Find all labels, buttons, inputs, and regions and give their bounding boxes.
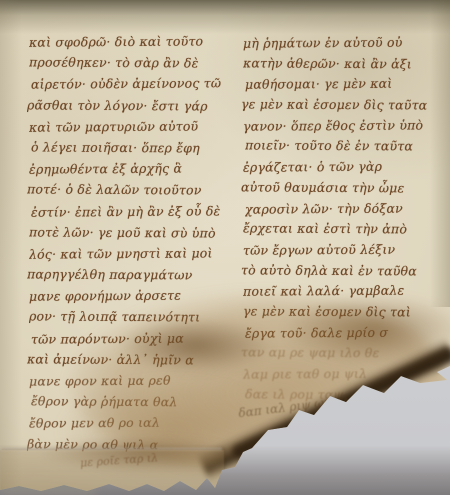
text-line: ἔρχεται καὶ ἐστὶ τὴν ἀπὸ	[243, 219, 445, 241]
page-top-shadow	[0, 0, 450, 34]
text-line: τὸ αὐτὸ δηλὰ καὶ ἐν ταῦθα	[241, 260, 445, 282]
text-line: παρηγγέλθη παραγμάτων	[27, 263, 227, 285]
manuscript-photo: καὶ σφοδρῶ· διὸ καὶ τοῦτοπροσέθηκεν· τὸ …	[0, 0, 450, 495]
text-line: αἱρετόν· οὐδὲν ἀμείνονος τῶ	[31, 73, 227, 96]
text-line: καὶ τῶν μαρτυριῶν αὐτοῦ	[29, 115, 227, 138]
text-line: ποτέ· ὁ δὲ λαλῶν τοιοῦτον	[27, 179, 227, 201]
text-line: γανον· ὅπερ ἔθος ἐστὶν ὑπὸ	[243, 115, 445, 137]
text-line: χαροσὶν λῶν· τὴν δόξαν	[245, 198, 445, 220]
text-line: μὴ ῥημάτων ἐν αὐτοῦ οὐ	[243, 32, 445, 54]
text-line: ποιεῖν· τοῦτο δὲ ἐν ταῦτα	[245, 136, 445, 158]
stain-blotch-left	[118, 318, 273, 373]
text-line: μαθήσομαι· γε μὲν καὶ	[245, 74, 445, 96]
text-line: ποτὲ λῶν· γε μοῦ καὶ σὺ ὑπὸ	[29, 221, 227, 243]
text-line: ἐρημωθέντα ἐξ ἀρχῆς ἃ	[29, 157, 227, 180]
text-line: κατὴν ἀθερῶν· καὶ ἂν ἀξι	[243, 53, 445, 75]
text-line: λός· καὶ τῶν μνηστὶ καὶ μοὶ	[29, 242, 227, 265]
text-line: ἐργάζεται· ὁ τῶν γὰρ	[243, 156, 445, 178]
text-line: ρᾶσθαι τὸν λόγον· ἔστι γάρ	[27, 94, 227, 116]
text-line: αὐτοῦ θαυμάσια τὴν ὦμε	[241, 177, 445, 199]
text-line: καὶ σφοδρῶ· διὸ καὶ τοῦτο	[29, 30, 227, 53]
text-line: τῶν ἔργων αὐτοῦ λέξιν	[243, 239, 445, 261]
text-line: ὁ λέγει ποιῆσαι· ὅπερ ἔφη	[31, 136, 227, 158]
text-line: ἐστίν· ἐπεὶ ἂν μὴ ἂν ἐξ οὗ δὲ	[31, 200, 227, 223]
text-line: γε μὲν καὶ ἐσομεν δὶς ταῦτα	[241, 94, 445, 116]
page-left-edge	[0, 0, 22, 495]
text-line: προσέθηκεν· τὸ σὰρ ἂν δὲ	[29, 52, 227, 74]
